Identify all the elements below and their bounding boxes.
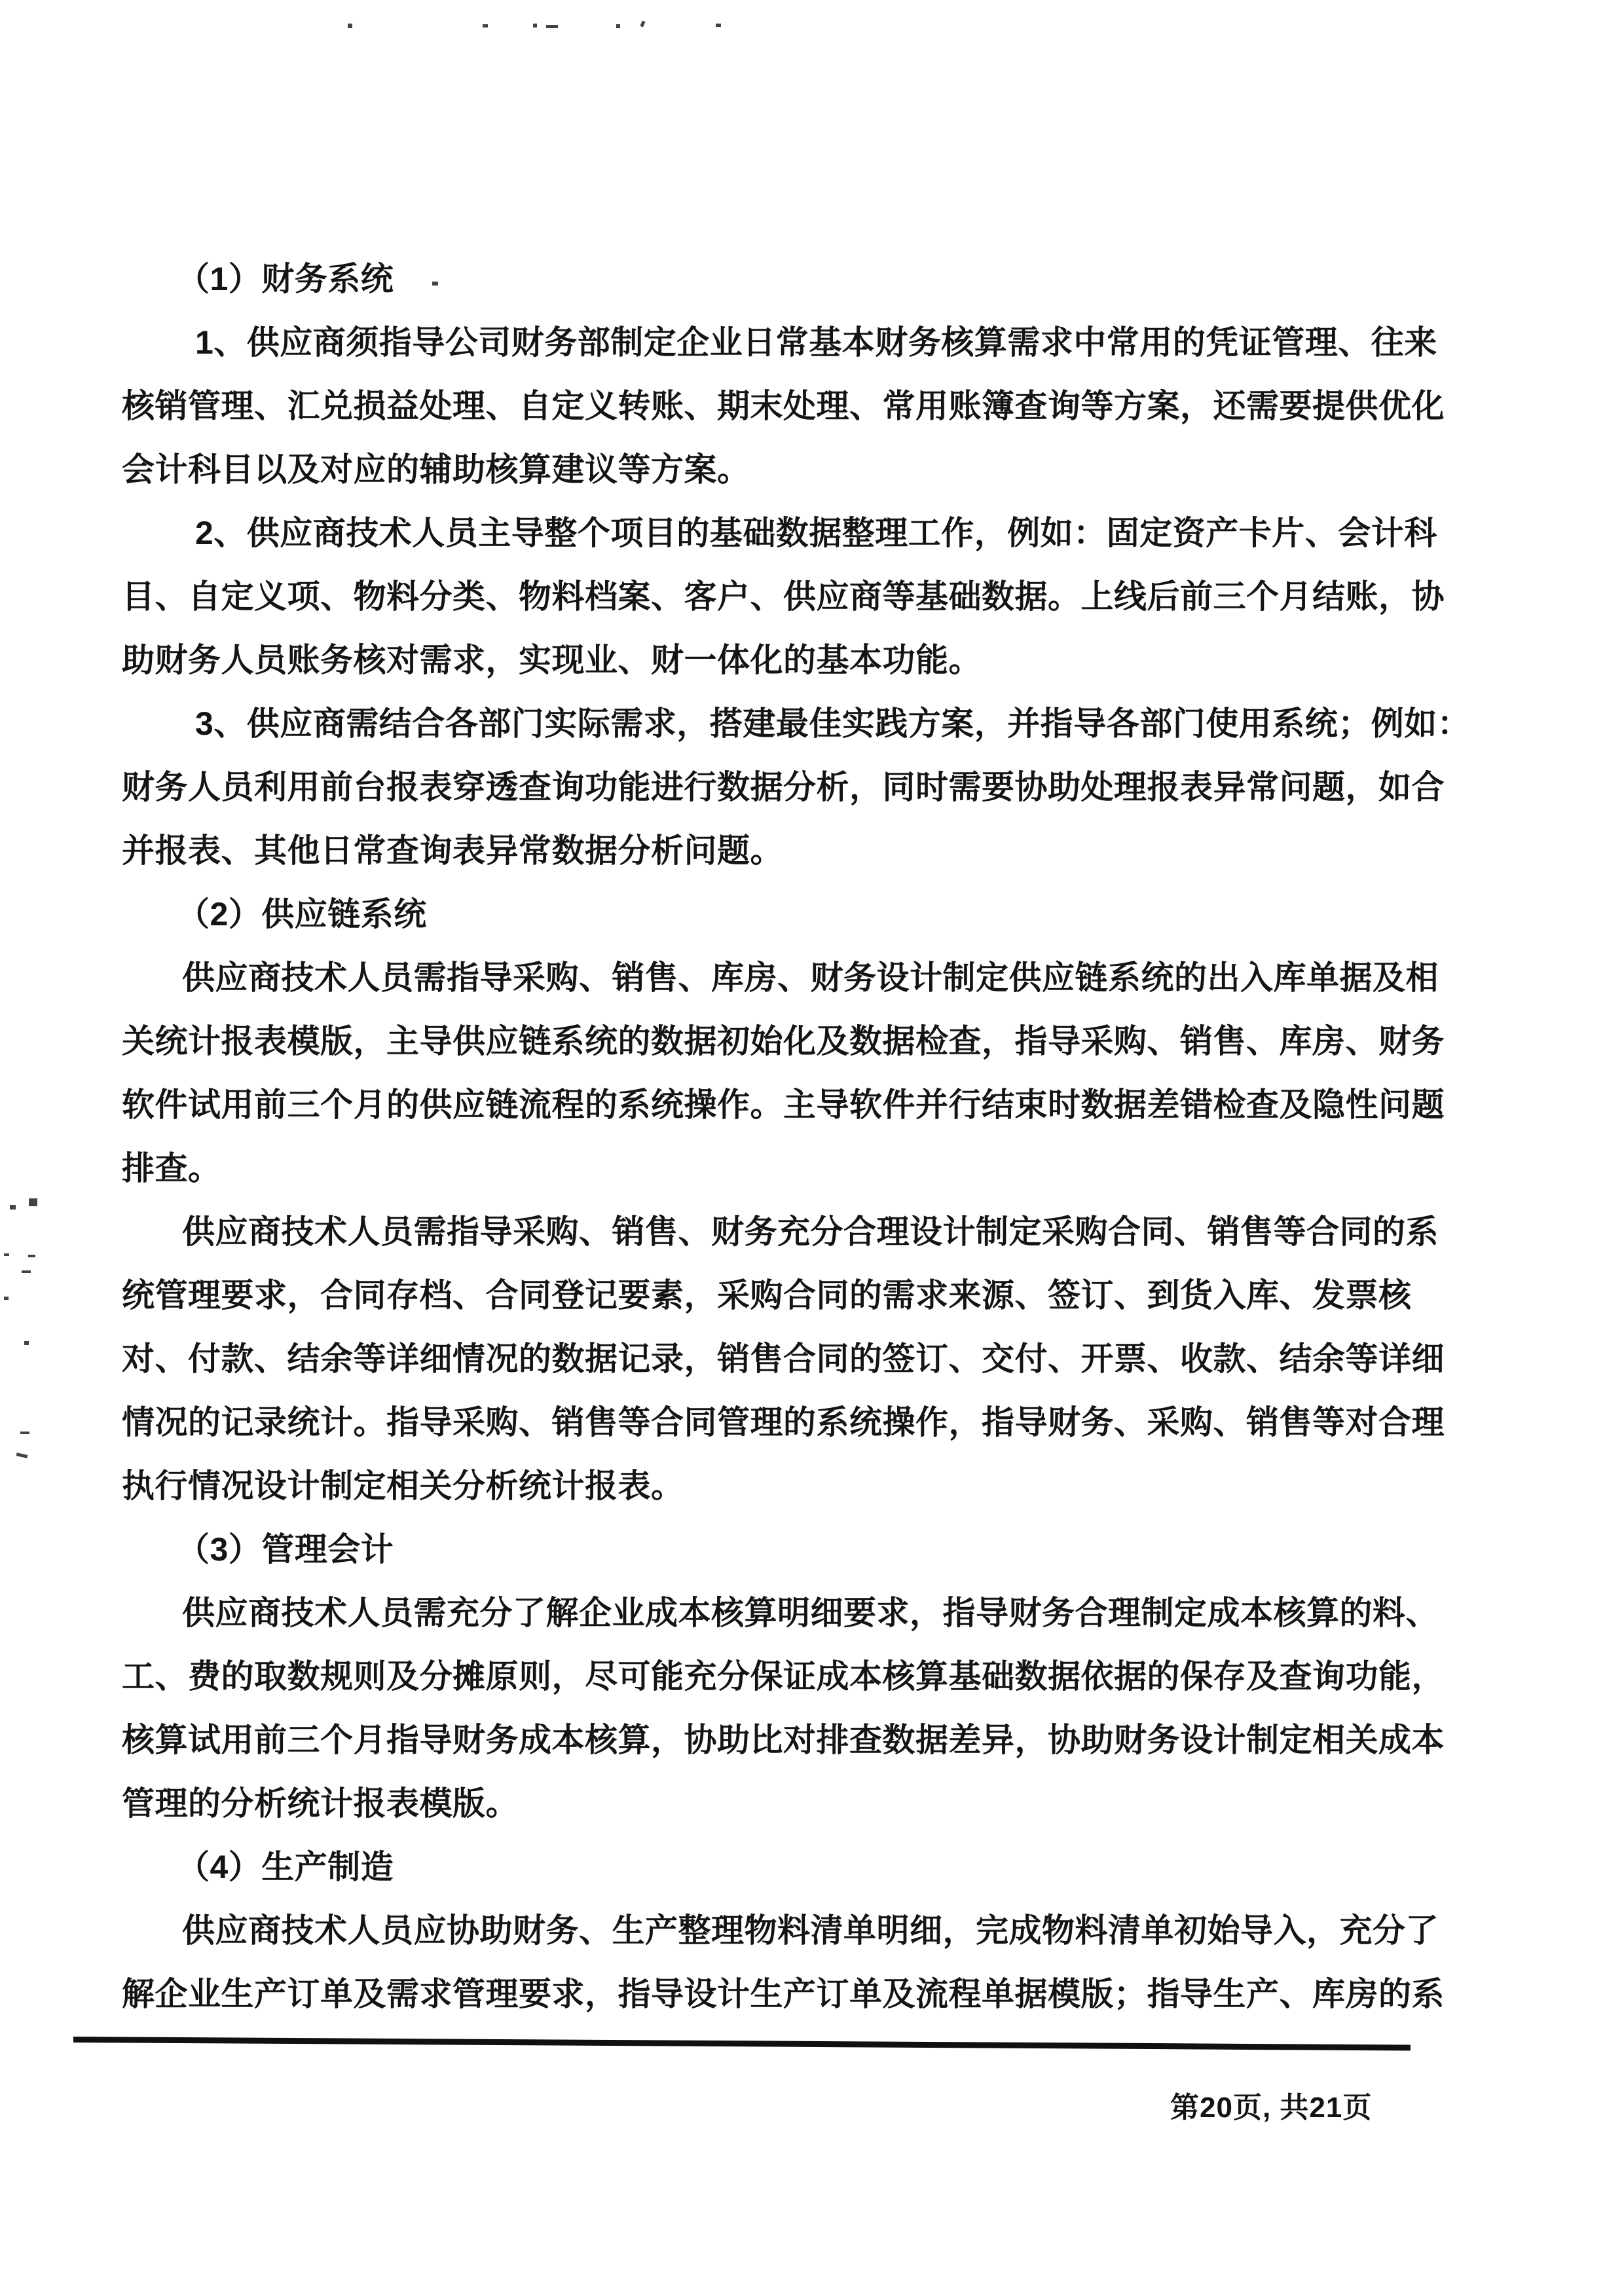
text-line: 核算试用前三个月指导财务成本核算，协助比对排查数据差异，协助财务设计制定相关成本: [122, 1709, 1445, 1772]
section-heading: （3）管理会计: [122, 1518, 1445, 1581]
text-line: 2、供应商技术人员主导整个项目的基础数据整理工作，例如：固定资产卡片、会计科: [122, 502, 1445, 565]
text-line: 供应商技术人员需指导采购、销售、财务充分合理设计制定采购合同、销售等合同的系: [122, 1200, 1445, 1264]
text-line: 对、付款、结余等详细情况的数据记录，销售合同的签订、交付、开票、收款、结余等详细: [122, 1327, 1445, 1391]
scan-speck: [483, 24, 488, 28]
scanned-document-page: （1）财务系统 1、供应商须指导公司财务部制定企业日常基本财务核算需求中常用的凭…: [0, 0, 1624, 2292]
text-line: 1、供应商须指导公司财务部制定企业日常基本财务核算需求中常用的凭证管理、往来: [122, 311, 1445, 375]
text-line: 关统计报表模版，主导供应链系统的数据初始化及数据检查，指导采购、销售、库房、财务: [122, 1010, 1445, 1073]
scan-speck: [348, 24, 352, 28]
scan-speck: [640, 20, 645, 27]
text-line: 统管理要求，合同存档、合同登记要素，采购合同的需求来源、签订、到货入库、发票核: [122, 1264, 1445, 1327]
text-line: 并报表、其他日常查询表异常数据分析问题。: [122, 819, 1445, 883]
text-line: 管理的分析统计报表模版。: [122, 1772, 1445, 1836]
text-line: 目、自定义项、物料分类、物料档案、客户、供应商等基础数据。上线后前三个月结账，协: [122, 565, 1445, 629]
text-line: 供应商技术人员需指导采购、销售、库房、财务设计制定供应链系统的出入库单据及相: [122, 946, 1445, 1010]
text-line: 财务人员利用前台报表穿透查询功能进行数据分析，同时需要协助处理报表异常问题，如合: [122, 756, 1445, 819]
scan-speck: [29, 1198, 37, 1206]
text-line: 供应商技术人员需充分了解企业成本核算明细要求，指导财务合理制定成本核算的料、: [122, 1581, 1445, 1645]
text-line: 供应商技术人员应协助财务、生产整理物料清单明细，完成物料清单初始导入，充分了: [122, 1899, 1445, 1963]
scan-speck: [716, 24, 721, 27]
footer-rule: [73, 2037, 1411, 2050]
scan-speck: [432, 282, 438, 286]
text-line: 排查。: [122, 1137, 1445, 1200]
text-line: 解企业生产订单及需求管理要求，指导设计生产订单及流程单据模版；指导生产、库房的系: [122, 1963, 1445, 2026]
section-heading: （1）财务系统: [122, 248, 1445, 311]
text-line: 助财务人员账务核对需求，实现业、财一体化的基本功能。: [122, 629, 1445, 692]
text-line: 会计科目以及对应的辅助核算建议等方案。: [122, 438, 1445, 502]
scan-speck: [28, 1255, 35, 1257]
scan-speck: [16, 1452, 28, 1458]
scan-speck: [10, 1205, 16, 1210]
scan-speck: [4, 1253, 9, 1256]
text-line: 核销管理、汇兑损益处理、自定义转账、期末处理、常用账簿查询等方案，还需要提供优化: [122, 375, 1445, 438]
text-line: 3、供应商需结合各部门实际需求，搭建最佳实践方案，并指导各部门使用系统；例如：: [122, 692, 1445, 756]
text-line: 执行情况设计制定相关分析统计报表。: [122, 1454, 1445, 1518]
scan-speck: [24, 1341, 29, 1345]
page-number: 第20页, 共21页: [1170, 2084, 1393, 2126]
text-line: 情况的记录统计。指导采购、销售等合同管理的系统操作，指导财务、采购、销售等对合理: [122, 1391, 1445, 1454]
scan-speck: [20, 1432, 29, 1434]
section-heading: （4）生产制造: [122, 1836, 1445, 1899]
scan-speck: [4, 1297, 9, 1300]
document-body: （1）财务系统 1、供应商须指导公司财务部制定企业日常基本财务核算需求中常用的凭…: [122, 248, 1445, 2026]
scan-speck: [616, 24, 620, 28]
scan-speck: [533, 24, 537, 28]
scan-speck: [546, 25, 558, 28]
scan-speck: [22, 1270, 31, 1273]
text-line: 软件试用前三个月的供应链流程的系统操作。主导软件并行结束时数据差错检查及隐性问题: [122, 1073, 1445, 1137]
text-line: 工、费的取数规则及分摊原则，尽可能充分保证成本核算基础数据依据的保存及查询功能，: [122, 1645, 1445, 1709]
section-heading: （2）供应链系统: [122, 883, 1445, 946]
